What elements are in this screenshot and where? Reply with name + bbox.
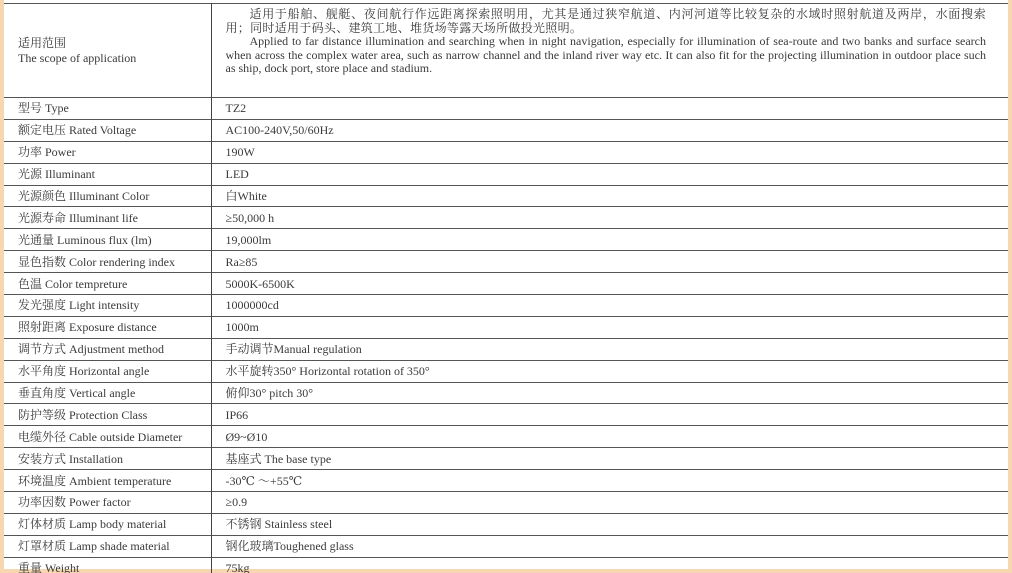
page-frame-right — [1008, 0, 1012, 573]
row-label: 功率因数 Power factor — [4, 492, 211, 514]
table-row: 环境温度 Ambient temperature-30℃ ～+55℃ — [4, 470, 1008, 492]
table-row: 光源 IlluminantLED — [4, 163, 1008, 185]
table-row: 重量 Weight75kg — [4, 557, 1008, 573]
row-label: 灯罩材质 Lamp shade material — [4, 535, 211, 557]
row-value: IP66 — [211, 404, 1008, 426]
row-value: 基座式 The base type — [211, 448, 1008, 470]
row-value: 75kg — [211, 557, 1008, 573]
row-label: 色温 Color tempreture — [4, 273, 211, 295]
row-label: 功率 Power — [4, 141, 211, 163]
row-value: 不锈钢 Stainless steel — [211, 513, 1008, 535]
row-value: -30℃ ～+55℃ — [211, 470, 1008, 492]
row-label: 调节方式 Adjustment method — [4, 338, 211, 360]
row-value: Ra≥85 — [211, 251, 1008, 273]
row-value: 钢化玻璃Toughened glass — [211, 535, 1008, 557]
row-value: AC100-240V,50/60Hz — [211, 119, 1008, 141]
row-label: 照射距离 Exposure distance — [4, 316, 211, 338]
table-row: 光源寿命 Illuminant life≥50,000 h — [4, 207, 1008, 229]
table-row: 防护等级 Protection ClassIP66 — [4, 404, 1008, 426]
row-value: LED — [211, 163, 1008, 185]
row-label: 环境温度 Ambient temperature — [4, 470, 211, 492]
spec-sheet: 适用范围 The scope of application 适用于船舶、舰艇、夜… — [4, 3, 1008, 569]
row-label: 显色指数 Color rendering index — [4, 251, 211, 273]
scope-label-cell: 适用范围 The scope of application — [4, 4, 211, 98]
table-row: 光通量 Luminous flux (lm)19,000lm — [4, 229, 1008, 251]
row-label: 额定电压 Rated Voltage — [4, 119, 211, 141]
table-row: 垂直角度 Vertical angle俯仰30° pitch 30° — [4, 382, 1008, 404]
scope-text-en: Applied to far distance illumination and… — [226, 35, 987, 76]
table-row: 电缆外径 Cable outside DiameterØ9~Ø10 — [4, 426, 1008, 448]
row-value: 1000m — [211, 316, 1008, 338]
table-row: 显色指数 Color rendering indexRa≥85 — [4, 251, 1008, 273]
table-row: 额定电压 Rated VoltageAC100-240V,50/60Hz — [4, 119, 1008, 141]
scope-label-cn: 适用范围 — [18, 36, 211, 51]
row-label: 重量 Weight — [4, 557, 211, 573]
row-label: 光源寿命 Illuminant life — [4, 207, 211, 229]
row-label: 型号 Type — [4, 98, 211, 120]
table-row: 发光强度 Light intensity1000000cd — [4, 295, 1008, 317]
row-value: 19,000lm — [211, 229, 1008, 251]
row-label: 光源颜色 Illuminant Color — [4, 185, 211, 207]
table-row: 功率因数 Power factor≥0.9 — [4, 492, 1008, 514]
table-row: 灯罩材质 Lamp shade material钢化玻璃Toughened gl… — [4, 535, 1008, 557]
row-value: 白White — [211, 185, 1008, 207]
scope-text-cn: 适用于船舶、舰艇、夜间航行作远距离探索照明用，尤其是通过狭窄航道、内河河道等比较… — [226, 8, 987, 35]
table-row: 型号 TypeTZ2 — [4, 98, 1008, 120]
row-value: 5000K-6500K — [211, 273, 1008, 295]
table-row: 调节方式 Adjustment method手动调节Manual regulat… — [4, 338, 1008, 360]
row-label: 安装方式 Installation — [4, 448, 211, 470]
row-label: 光通量 Luminous flux (lm) — [4, 229, 211, 251]
table-row: 功率 Power190W — [4, 141, 1008, 163]
table-row: 光源颜色 Illuminant Color白White — [4, 185, 1008, 207]
table-row-scope: 适用范围 The scope of application 适用于船舶、舰艇、夜… — [4, 4, 1008, 98]
specification-table: 适用范围 The scope of application 适用于船舶、舰艇、夜… — [4, 3, 1008, 573]
scope-label-en: The scope of application — [18, 51, 211, 66]
row-label: 垂直角度 Vertical angle — [4, 382, 211, 404]
table-row: 照射距离 Exposure distance1000m — [4, 316, 1008, 338]
row-value: 俯仰30° pitch 30° — [211, 382, 1008, 404]
table-row: 色温 Color tempreture5000K-6500K — [4, 273, 1008, 295]
row-value: 手动调节Manual regulation — [211, 338, 1008, 360]
table-row: 灯体材质 Lamp body material不锈钢 Stainless ste… — [4, 513, 1008, 535]
row-value: Ø9~Ø10 — [211, 426, 1008, 448]
table-row: 水平角度 Horizontal angle水平旋转350° Horizontal… — [4, 360, 1008, 382]
table-row: 安装方式 Installation基座式 The base type — [4, 448, 1008, 470]
row-label: 发光强度 Light intensity — [4, 295, 211, 317]
row-label: 防护等级 Protection Class — [4, 404, 211, 426]
row-value: 1000000cd — [211, 295, 1008, 317]
row-value: ≥50,000 h — [211, 207, 1008, 229]
row-label: 灯体材质 Lamp body material — [4, 513, 211, 535]
row-value: ≥0.9 — [211, 492, 1008, 514]
scope-value-cell: 适用于船舶、舰艇、夜间航行作远距离探索照明用，尤其是通过狭窄航道、内河河道等比较… — [211, 4, 1008, 98]
row-label: 电缆外径 Cable outside Diameter — [4, 426, 211, 448]
row-value: 190W — [211, 141, 1008, 163]
row-label: 水平角度 Horizontal angle — [4, 360, 211, 382]
row-value: TZ2 — [211, 98, 1008, 120]
row-value: 水平旋转350° Horizontal rotation of 350° — [211, 360, 1008, 382]
row-label: 光源 Illuminant — [4, 163, 211, 185]
